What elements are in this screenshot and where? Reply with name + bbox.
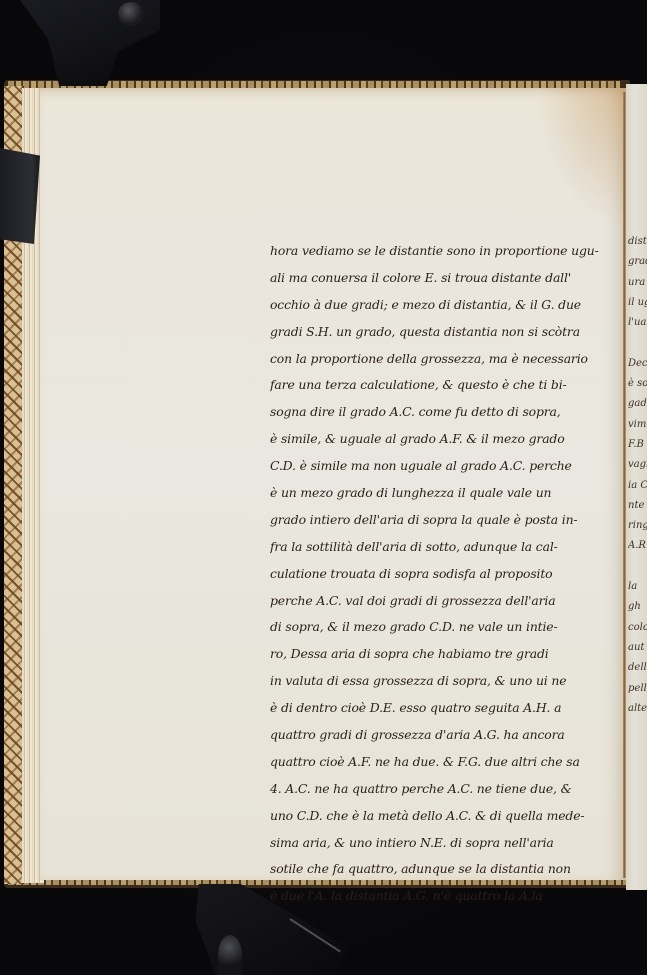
facing-text-line: colo [628,618,647,638]
text-line: sogna dire il grado A.C. come fu detto d… [270,399,616,426]
facing-text-line: gradi [628,252,647,272]
text-line: in valuta di essa grossezza di sopra, & … [270,668,616,695]
text-line: è un mezo grado di lunghezza il quale va… [270,480,616,507]
text-line: quattro cioè A.F. ne ha due. & F.G. due … [270,749,616,776]
text-line: occhio à due gradi; e mezo di distantia,… [270,292,616,319]
facing-page-text: distagradiura pil ugl'uarDeceè solgadvim… [628,232,647,719]
clip-knob-icon [218,935,242,975]
facing-text-line: alte [628,699,647,719]
text-line: sima aria, & uno intiero N.E. di sopra n… [270,830,616,857]
facing-text-line: vagi [628,455,647,475]
facing-text-line: gad [628,394,647,414]
text-line: ro, Dessa aria di sopra che habiamo tre … [270,641,616,668]
text-line: fra la sottilità dell'aria di sotto, adu… [270,534,616,561]
clip-knob-icon [118,2,144,26]
text-line: grado intiero dell'aria di sopra la qual… [270,507,616,534]
facing-text-line [628,333,647,353]
text-line: uno C.D. che è la metà dello A.C. & di q… [270,803,616,830]
book-clip-left [0,148,40,244]
facing-text-line: il ug [628,293,647,313]
text-line: è due l'A. la distantia A.G. n'è quattro… [270,883,616,910]
facing-text-line: nte [628,496,647,516]
facing-text-line: la [628,577,647,597]
facing-text-line: vim [628,415,647,435]
facing-text-line: l'uar [628,313,647,333]
text-line: è di dentro cioè D.E. esso quatro seguit… [270,695,616,722]
text-line: di sopra, & il mezo grado C.D. ne vale u… [270,614,616,641]
text-line: quattro gradi di grossezza d'aria A.G. h… [270,722,616,749]
facing-text-line: dista [628,232,647,252]
text-line: gradi S.H. un grado, questa distantia no… [270,319,616,346]
text-line: con la proportione della grossezza, ma è… [270,346,616,373]
text-line: 4. A.C. ne ha quattro perche A.C. ne tie… [270,776,616,803]
text-line: sotile che fa quattro, adunque se la dis… [270,856,616,883]
facing-text-line [628,557,647,577]
text-line: perche A.C. val doi gradi di grossezza d… [270,588,616,615]
facing-text-line: F.B [628,435,647,455]
text-line: hora vediamo se le distantie sono in pro… [270,238,616,265]
handwritten-text: hora vediamo se le distantie sono in pro… [270,238,616,910]
facing-text-line: ia C [628,476,647,496]
text-line: fare una terza calculatione, & questo è … [270,372,616,399]
facing-text-line: dell [628,658,647,678]
facing-text-line: gh [628,597,647,617]
text-line: ali ma conuersa il colore E. si troua di… [270,265,616,292]
facing-text-line: A.R [628,536,647,556]
facing-text-line: Dece [628,354,647,374]
facing-text-line: pell [628,679,647,699]
text-line: culatione trouata di sopra sodisfa al pr… [270,561,616,588]
text-line: C.D. è simile ma non uguale al grado A.C… [270,453,616,480]
facing-text-line: è sol [628,374,647,394]
facing-text-line: aut [628,638,647,658]
text-line: è simile, & uguale al grado A.F. & il me… [270,426,616,453]
facing-text-line: ura p [628,273,647,293]
facing-text-line: ringi [628,516,647,536]
